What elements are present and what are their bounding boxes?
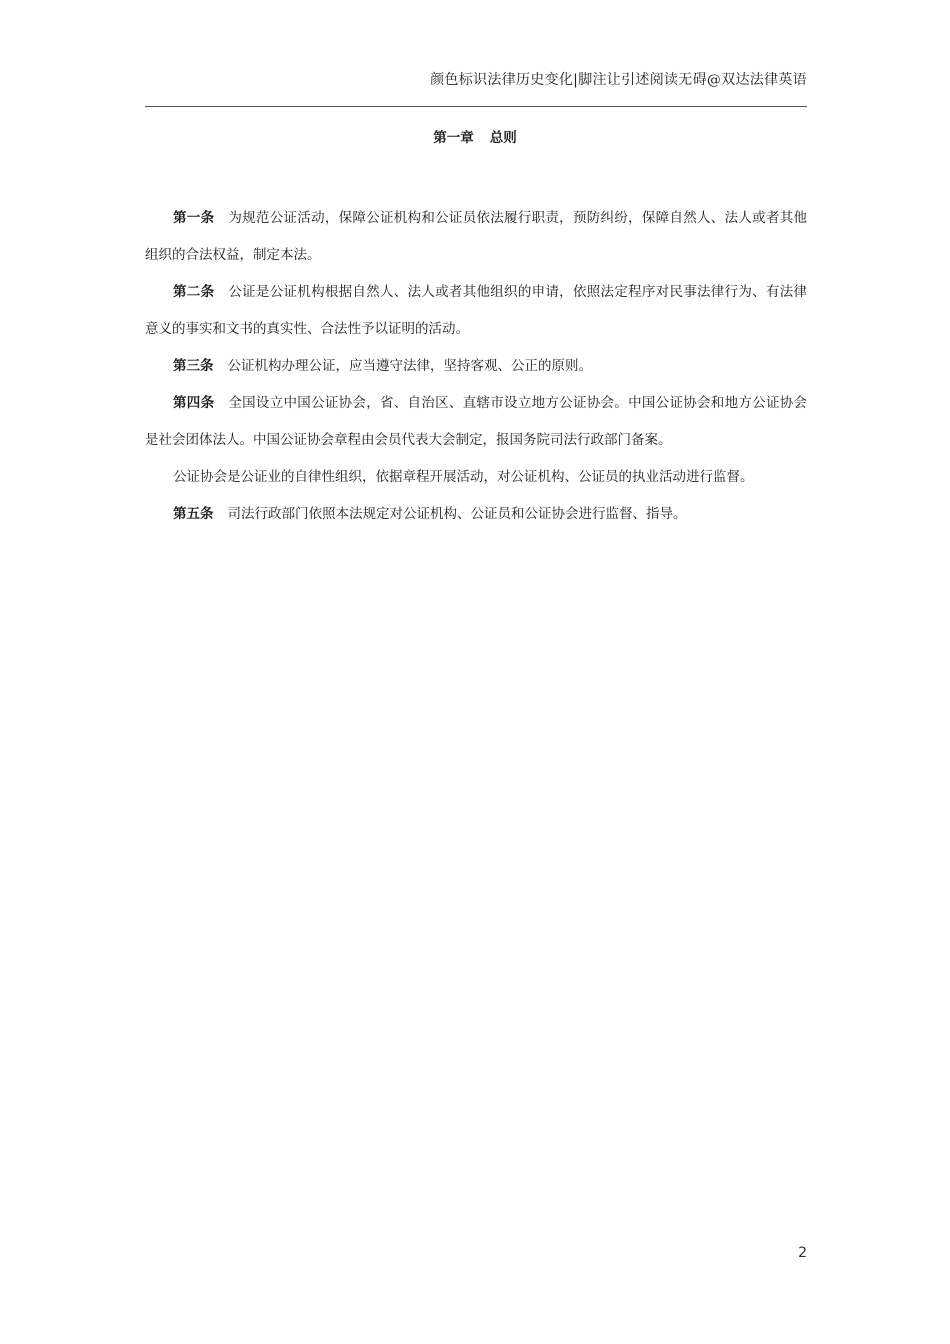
chapter-heading: 第一章总则 xyxy=(0,126,950,146)
article-label: 第二条 xyxy=(173,284,214,300)
article-5: 第五条司法行政部门依照本法规定对公证机构、公证员和公证协会进行监督、指导。 xyxy=(145,496,807,533)
article-text: 公证机构办理公证，应当遵守法律，坚持客观、公正的原则。 xyxy=(228,358,593,374)
page-number: 2 xyxy=(798,1245,807,1261)
header-divider xyxy=(145,106,807,107)
article-3: 第三条公证机构办理公证，应当遵守法律，坚持客观、公正的原则。 xyxy=(145,348,807,385)
chapter-number: 第一章 xyxy=(433,130,474,146)
article-1: 第一条为规范公证活动，保障公证机构和公证员依法履行职责，预防纠纷，保障自然人、法… xyxy=(145,200,807,274)
article-4-paragraph-2: 公证协会是公证业的自律性组织，依据章程开展活动，对公证机构、公证员的执业活动进行… xyxy=(145,459,807,496)
article-text: 全国设立中国公证协会，省、自治区、直辖市设立地方公证协会。中国公证协会和地方公证… xyxy=(145,395,807,448)
article-text: 为规范公证活动，保障公证机构和公证员依法履行职责，预防纠纷，保障自然人、法人或者… xyxy=(145,210,807,263)
article-label: 第五条 xyxy=(173,506,214,522)
article-text: 司法行政部门依照本法规定对公证机构、公证员和公证协会进行监督、指导。 xyxy=(228,506,687,522)
article-4: 第四条全国设立中国公证协会，省、自治区、直辖市设立地方公证协会。中国公证协会和地… xyxy=(145,385,807,459)
document-body: 第一条为规范公证活动，保障公证机构和公证员依法履行职责，预防纠纷，保障自然人、法… xyxy=(145,200,807,533)
article-text: 公证是公证机构根据自然人、法人或者其他组织的申请，依照法定程序对民事法律行为、有… xyxy=(145,284,807,337)
article-label: 第一条 xyxy=(173,210,214,226)
article-label: 第四条 xyxy=(173,395,214,411)
running-header: 颜色标识法律历史变化|脚注让引述阅读无碍@双达法律英语 xyxy=(430,69,807,89)
article-2: 第二条公证是公证机构根据自然人、法人或者其他组织的申请，依照法定程序对民事法律行… xyxy=(145,274,807,348)
article-label: 第三条 xyxy=(173,358,214,374)
article-text: 公证协会是公证业的自律性组织，依据章程开展活动，对公证机构、公证员的执业活动进行… xyxy=(173,469,754,485)
chapter-title: 总则 xyxy=(490,130,517,146)
